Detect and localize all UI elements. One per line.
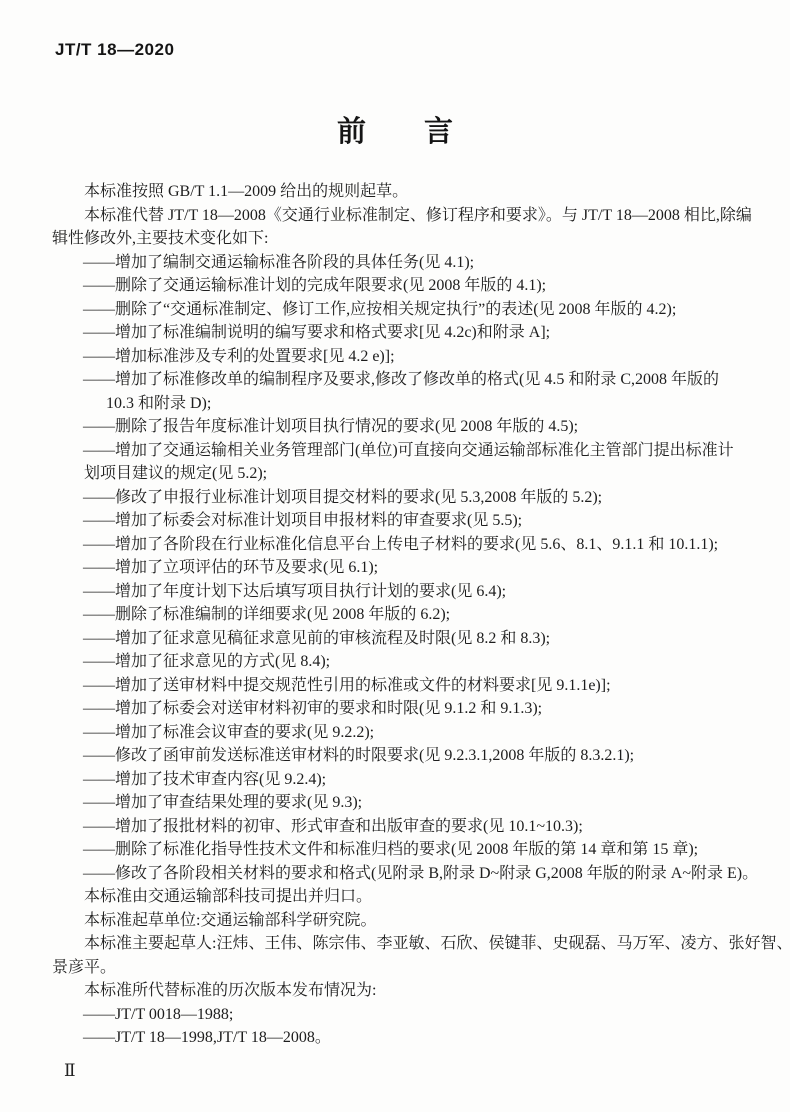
text-line: ——增加了送审材料中提交规范性引用的标准或文件的材料要求[见 9.1.1e)]; — [52, 674, 752, 698]
text-line: ——增加了审查结果处理的要求(见 9.3); — [52, 791, 752, 815]
text-line: ——修改了申报行业标准计划项目提交材料的要求(见 5.3,2008 年版的 5.… — [52, 486, 752, 510]
document-page: JT/T 18—2020 前 言 本标准按照 GB/T 1.1—2009 给出的… — [0, 0, 790, 1112]
text-line: 划项目建议的规定(见 5.2); — [52, 462, 752, 486]
text-line: ——增加了征求意见稿征求意见前的审核流程及时限(见 8.2 和 8.3); — [52, 627, 752, 651]
text-line: 本标准代替 JT/T 18—2008《交通行业标准制定、修订程序和要求》。与 J… — [52, 204, 752, 228]
text-line: ——删除了标准编制的详细要求(见 2008 年版的 6.2); — [52, 603, 752, 627]
text-line: ——删除了交通运输标准计划的完成年限要求(见 2008 年版的 4.1); — [52, 274, 752, 298]
page-title: 前 言 — [0, 109, 790, 150]
text-line: ——增加了技术审查内容(见 9.2.4); — [52, 768, 752, 792]
text-line: ——增加了标委会对送审材料初审的要求和时限(见 9.1.2 和 9.1.3); — [52, 697, 752, 721]
text-line: ——删除了“交通标准制定、修订工作,应按相关规定执行”的表述(见 2008 年版… — [52, 298, 752, 322]
text-line: ——增加了立项评估的环节及要求(见 6.1); — [52, 556, 752, 580]
text-line: 景彦平。 — [52, 956, 752, 980]
preface-body: 本标准按照 GB/T 1.1—2009 给出的规则起草。本标准代替 JT/T 1… — [52, 180, 752, 1050]
text-line: ——JT/T 0018—1988; — [52, 1003, 752, 1027]
text-line: 10.3 和附录 D); — [52, 392, 752, 416]
text-line: 本标准主要起草人:汪炜、王伟、陈宗伟、李亚敏、石欣、侯键菲、史砚磊、马万军、凌方… — [52, 932, 752, 956]
text-line: ——增加了征求意见的方式(见 8.4); — [52, 650, 752, 674]
text-line: 辑性修改外,主要技术变化如下: — [52, 227, 752, 251]
text-line: ——增加了标准修改单的编制程序及要求,修改了修改单的格式(见 4.5 和附录 C… — [52, 368, 752, 392]
text-line: ——删除了报告年度标准计划项目执行情况的要求(见 2008 年版的 4.5); — [52, 415, 752, 439]
text-line: ——增加了标委会对标准计划项目申报材料的审查要求(见 5.5); — [52, 509, 752, 533]
text-line: ——修改了各阶段相关材料的要求和格式(见附录 B,附录 D~附录 G,2008 … — [52, 862, 752, 886]
text-line: 本标准由交通运输部科技司提出并归口。 — [52, 885, 752, 909]
text-line: ——JT/T 18—1998,JT/T 18—2008。 — [52, 1026, 752, 1050]
page-number: Ⅱ — [64, 1061, 76, 1081]
text-line: 本标准起草单位:交通运输部科学研究院。 — [52, 909, 752, 933]
text-line: ——删除了标准化指导性技术文件和标准归档的要求(见 2008 年版的第 14 章… — [52, 838, 752, 862]
text-line: ——修改了函审前发送标准送审材料的时限要求(见 9.2.3.1,2008 年版的… — [52, 744, 752, 768]
text-line: ——增加标准涉及专利的处置要求[见 4.2 e)]; — [52, 345, 752, 369]
text-line: ——增加了编制交通运输标准各阶段的具体任务(见 4.1); — [52, 251, 752, 275]
text-line: 本标准所代替标准的历次版本发布情况为: — [52, 979, 752, 1003]
text-line: 本标准按照 GB/T 1.1—2009 给出的规则起草。 — [52, 180, 752, 204]
text-line: ——增加了标准会议审查的要求(见 9.2.2); — [52, 721, 752, 745]
text-line: ——增加了标准编制说明的编写要求和格式要求[见 4.2c)和附录 A]; — [52, 321, 752, 345]
standard-number: JT/T 18—2020 — [55, 40, 174, 60]
text-line: ——增加了交通运输相关业务管理部门(单位)可直接向交通运输部标准化主管部门提出标… — [52, 439, 752, 463]
text-line: ——增加了各阶段在行业标准化信息平台上传电子材料的要求(见 5.6、8.1、9.… — [52, 533, 752, 557]
text-line: ——增加了年度计划下达后填写项目执行计划的要求(见 6.4); — [52, 580, 752, 604]
text-line: ——增加了报批材料的初审、形式审查和出版审查的要求(见 10.1~10.3); — [52, 815, 752, 839]
